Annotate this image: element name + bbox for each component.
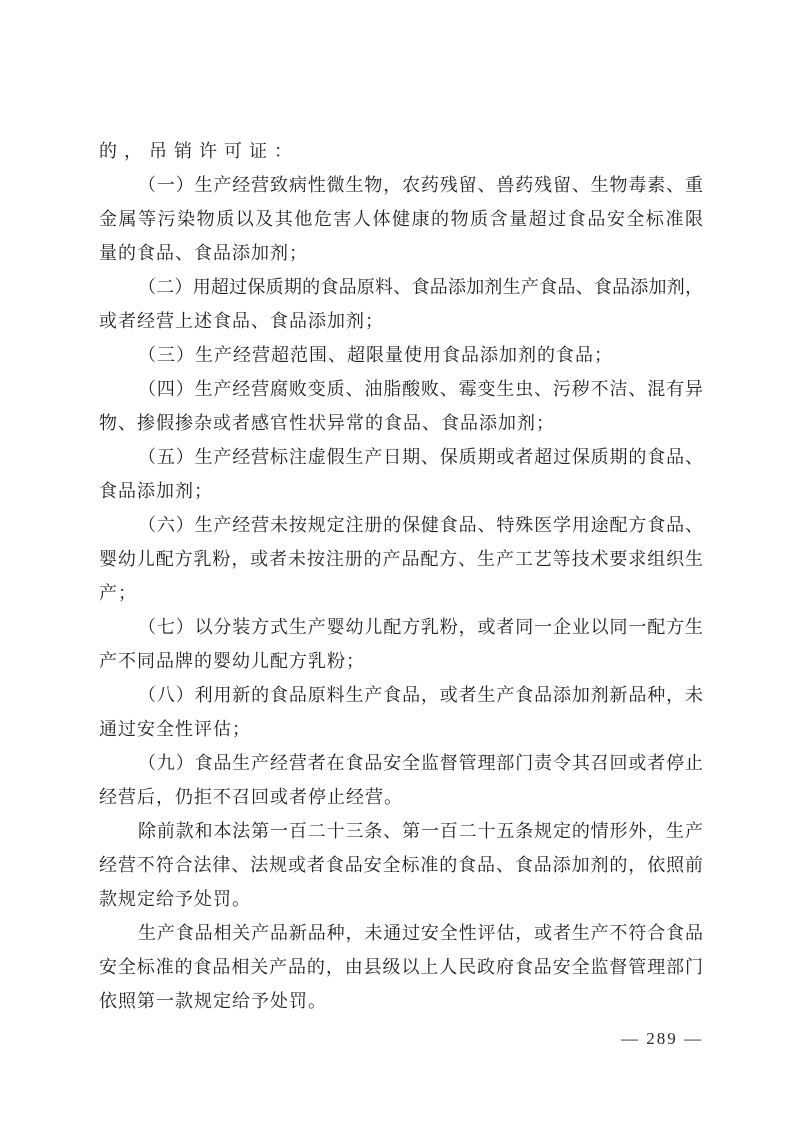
text-line: 金属等污染物质以及其他危害人体健康的物质含量超过食品安全标准限 (99, 202, 703, 236)
text-line: 除前款和本法第一百二十三条、第一百二十五条规定的情形外，生产 (99, 814, 703, 848)
text-line: （六）生产经营未按规定注册的保健食品、特殊医学用途配方食品、 (99, 508, 703, 542)
text-line: （二）用超过保质期的食品原料、食品添加剂生产食品、食品添加剂， (99, 270, 703, 304)
document-page: 的，吊销许可证：（一）生产经营致病性微生物，农药残留、兽药残留、生物毒素、重金属… (0, 0, 793, 1122)
text-line: （五）生产经营标注虚假生产日期、保质期或者超过保质期的食品、 (99, 440, 703, 474)
page-number: — 289 — (621, 1028, 703, 1050)
text-line: （七）以分装方式生产婴幼儿配方乳粉，或者同一企业以同一配方生 (99, 610, 703, 644)
text-line: （三）生产经营超范围、超限量使用食品添加剂的食品； (99, 338, 703, 372)
text-line: （八）利用新的食品原料生产食品，或者生产食品添加剂新品种，未 (99, 678, 703, 712)
text-line: 经营后，仍拒不召回或者停止经营。 (99, 780, 703, 814)
text-line: 物、掺假掺杂或者感官性状异常的食品、食品添加剂； (99, 406, 703, 440)
text-line: 生产食品相关产品新品种，未通过安全性评估，或者生产不符合食品 (99, 916, 703, 950)
text-line: 或者经营上述食品、食品添加剂； (99, 304, 703, 338)
text-line: （九）食品生产经营者在食品安全监督管理部门责令其召回或者停止 (99, 746, 703, 780)
text-line: 通过安全性评估； (99, 712, 703, 746)
text-line: 款规定给予处罚。 (99, 882, 703, 916)
text-line: 依照第一款规定给予处罚。 (99, 984, 703, 1018)
text-line: 食品添加剂； (99, 474, 703, 508)
text-line: 产不同品牌的婴幼儿配方乳粉； (99, 644, 703, 678)
body-text: 的，吊销许可证：（一）生产经营致病性微生物，农药残留、兽药残留、生物毒素、重金属… (99, 134, 703, 1018)
text-line: 量的食品、食品添加剂； (99, 236, 703, 270)
text-line: （四）生产经营腐败变质、油脂酸败、霉变生虫、污秽不洁、混有异 (99, 372, 703, 406)
text-line: 经营不符合法律、法规或者食品安全标准的食品、食品添加剂的，依照前 (99, 848, 703, 882)
text-line: 产； (99, 576, 703, 610)
text-line: 的，吊销许可证： (99, 134, 703, 168)
text-line: （一）生产经营致病性微生物，农药残留、兽药残留、生物毒素、重 (99, 168, 703, 202)
text-line: 安全标准的食品相关产品的，由县级以上人民政府食品安全监督管理部门 (99, 950, 703, 984)
text-line: 婴幼儿配方乳粉，或者未按注册的产品配方、生产工艺等技术要求组织生 (99, 542, 703, 576)
